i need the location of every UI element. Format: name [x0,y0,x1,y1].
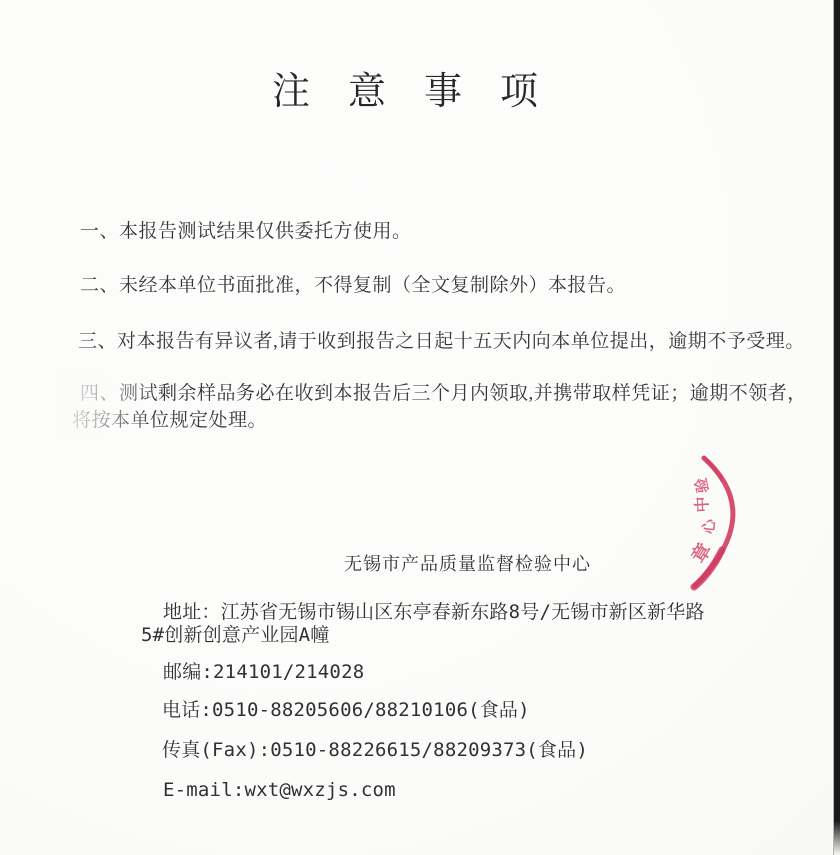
stamp-character: 心 [697,518,719,535]
organization-name: 无锡市产品质量监督检验中心 [344,550,591,576]
notice-item-4-line-1: 四、测试剩余样品务必在收到本报告后三个月内领取,并携带取样凭证；逾期不领者， [72,380,812,407]
notice-item-3: 三、对本报告有异议者,请于收到报告之日起十五天内向本单位提出，逾期不予受理。 [78,326,805,353]
notice-item-1: 一、本报告测试结果仅供委托方使用。 [80,216,412,243]
email-line: E-mail:wxt@wxzjs.com [163,779,396,801]
phone-line: 电话:0510-88205606/88210106(食品) [162,695,530,722]
notice-item-4-line-2: 将按本单位规定处理。 [72,407,812,434]
scanned-report-notice-page: { "document": { "title": "注意事项", "notice… [0,0,840,855]
fax-line: 传真(Fax):0510-88226615/88209373(食品) [162,735,588,762]
address-line-2: 5#创新创意产业园A幢 [141,620,330,647]
page-title: 注意事项 [272,60,576,115]
notice-item-4: 四、测试剩余样品务必在收到本报告后三个月内领取,并携带取样凭证；逾期不领者， 将… [72,380,812,434]
inspection-stamp: 验 中 心 章 [650,438,780,610]
postcode-line: 邮编:214101/214028 [163,657,364,684]
stamp-character: 中 [689,496,713,513]
notice-item-2: 二、未经本单位书面批准，不得复制（全文复制除外）本报告。 [80,270,626,297]
scan-edge-artifact [833,0,840,855]
